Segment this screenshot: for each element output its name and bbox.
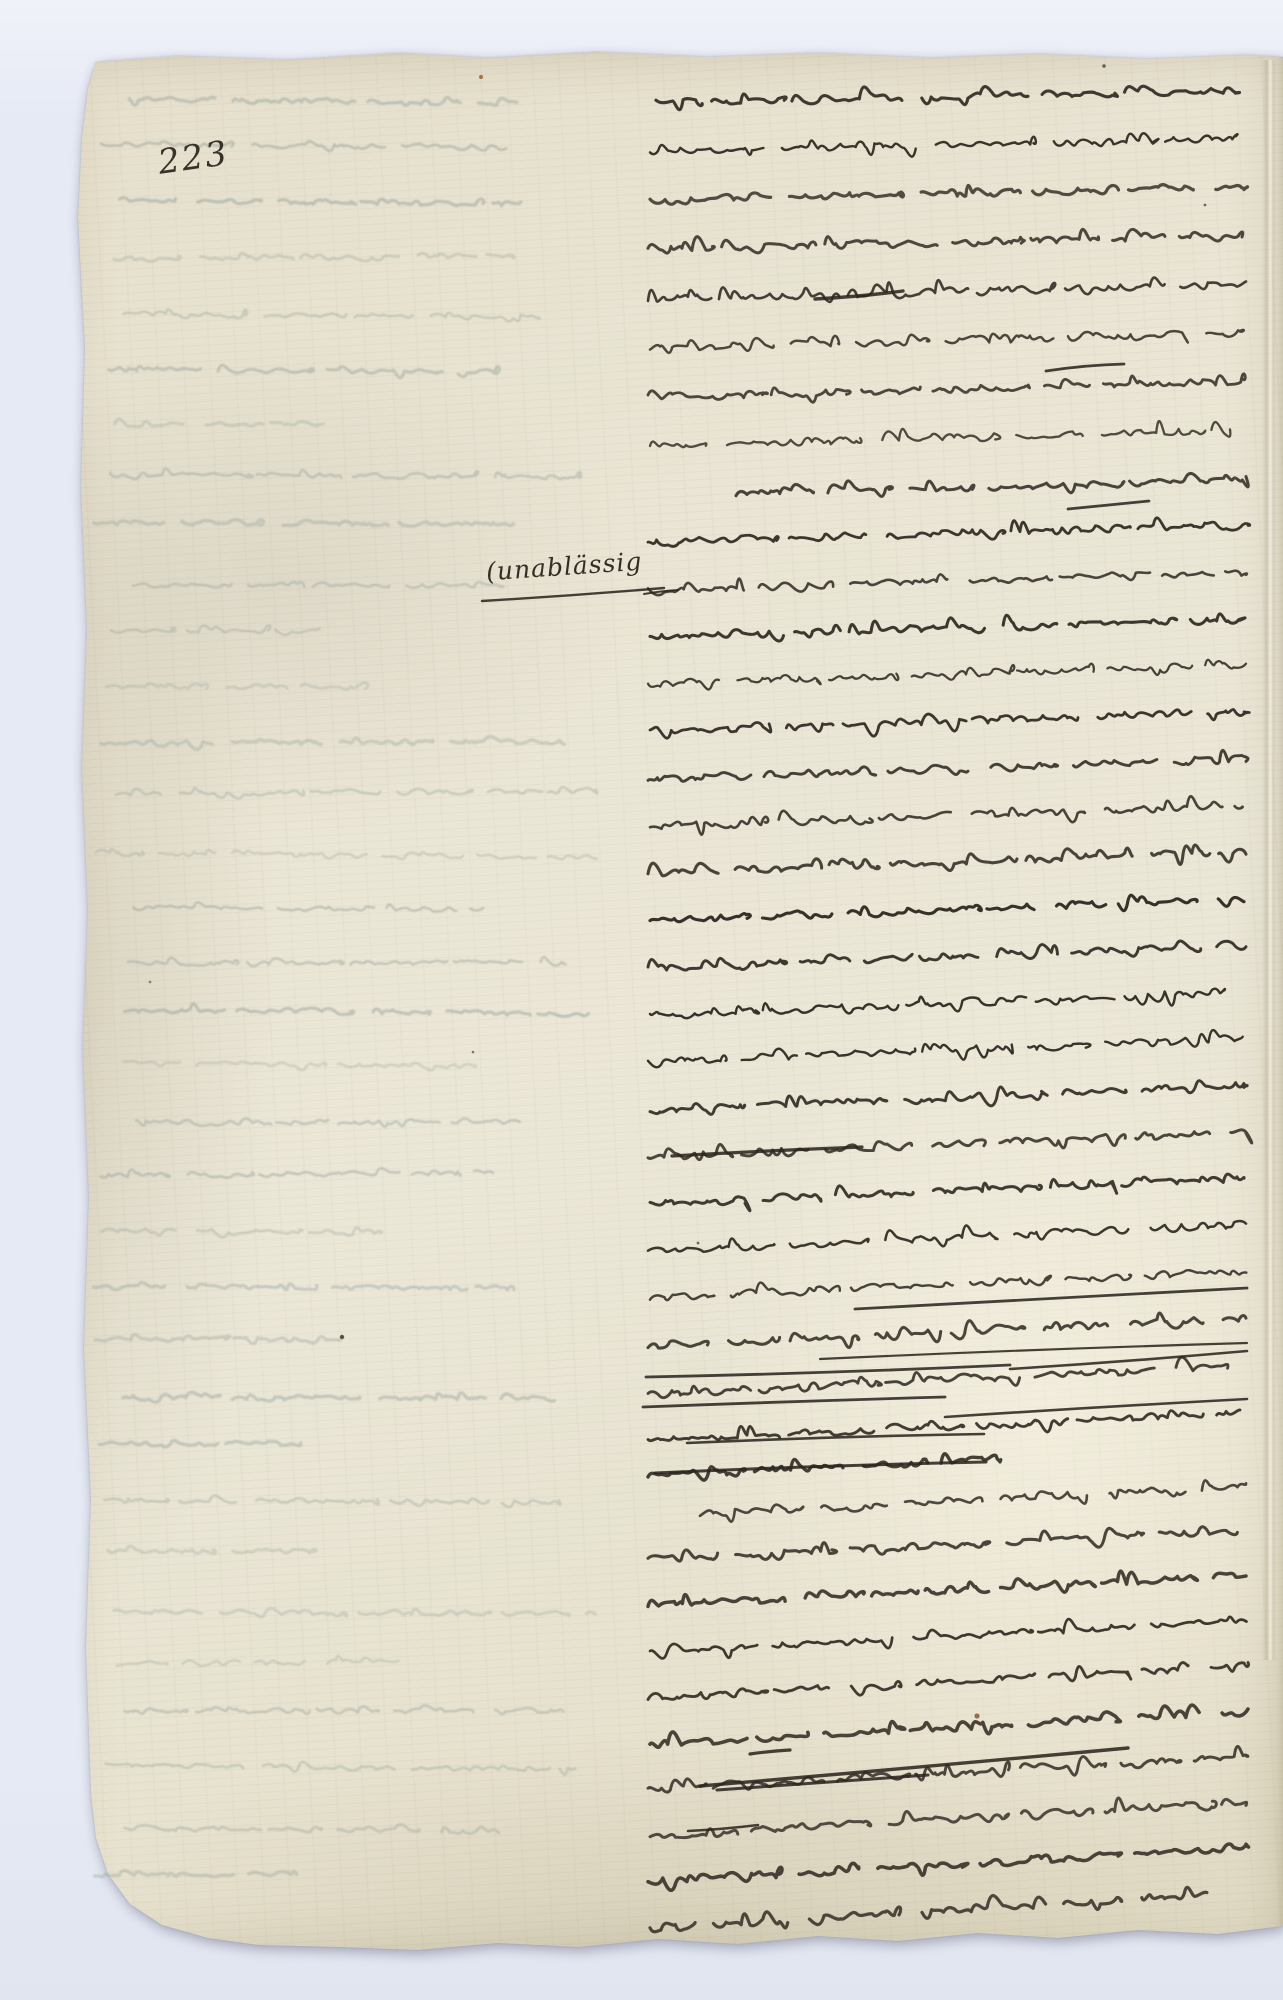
ink-speck: [697, 1242, 700, 1245]
ink-speck: [1102, 64, 1106, 68]
manuscript-scan: 223 (unablässig: [0, 0, 1283, 2000]
strikethrough-corrections: [482, 291, 1247, 1831]
ink-speck: [340, 1335, 344, 1339]
ink-speck: [1204, 204, 1207, 207]
paper-specks: [149, 64, 1207, 1718]
ink-speck: [149, 981, 152, 984]
ink-body-text: [648, 86, 1252, 1932]
ink-speck: [479, 75, 483, 79]
bleedthrough-verso-text: [93, 97, 597, 1877]
ink-speck: [472, 1051, 475, 1054]
ink-speck: [974, 1713, 979, 1718]
handwriting-layer: [0, 0, 1283, 2000]
